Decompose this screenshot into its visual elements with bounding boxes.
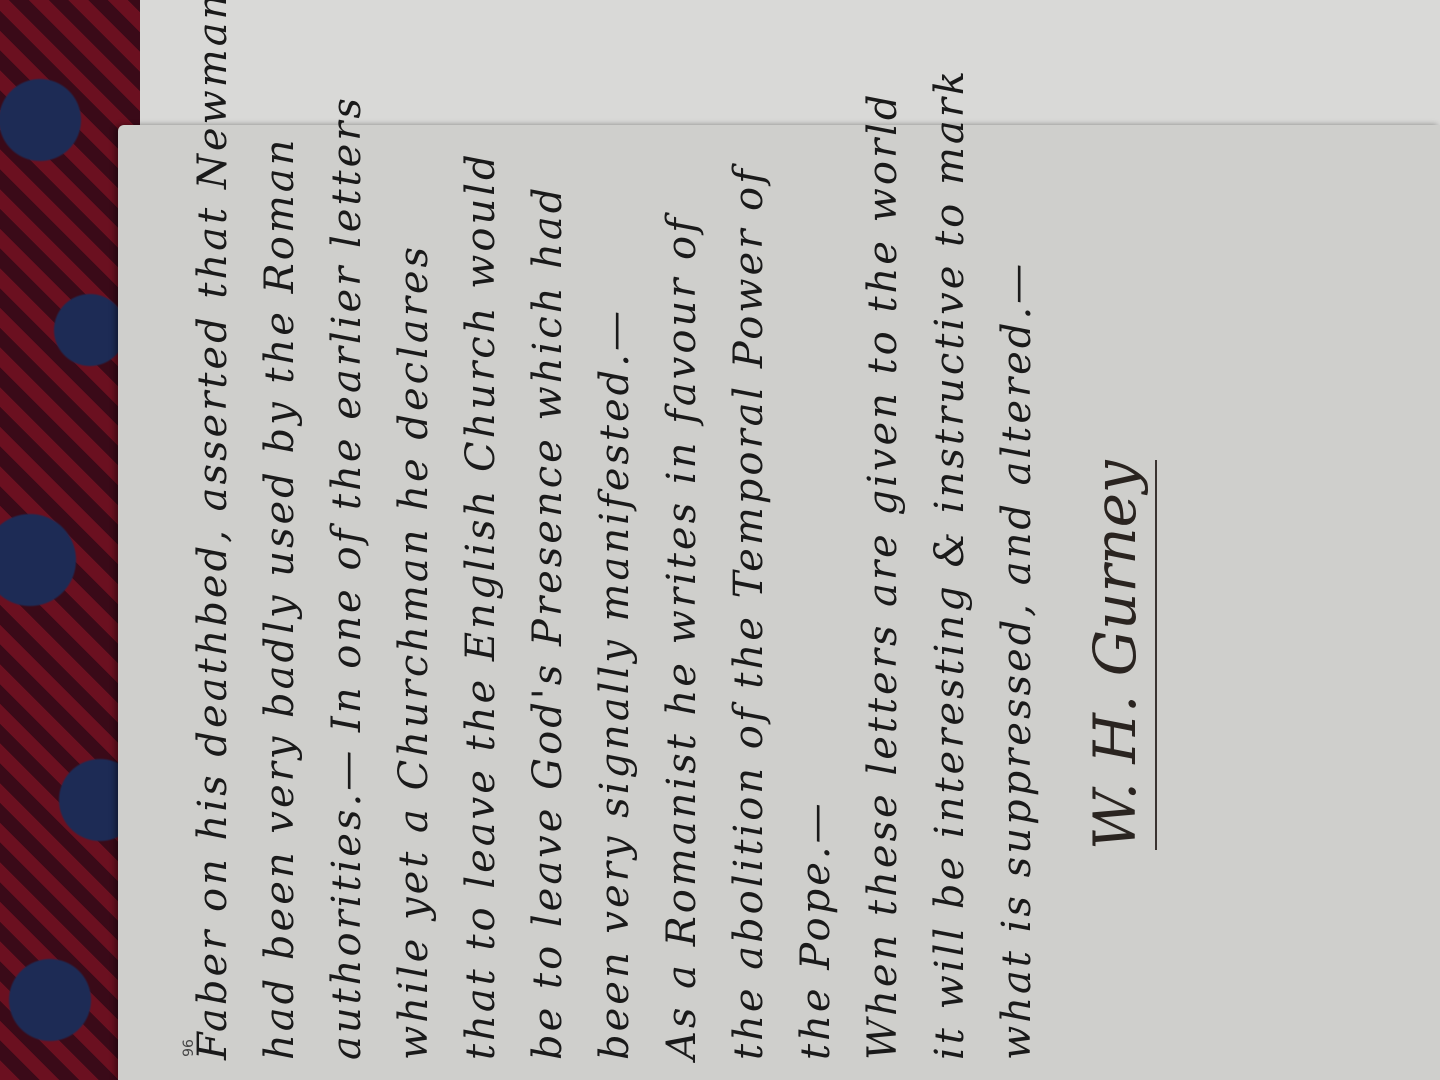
letter-line: been very signally manifested.— xyxy=(592,100,659,1060)
letter-line: had been very badly used by the Roman xyxy=(257,100,324,1060)
letter-line: what is suppressed, and altered.— xyxy=(994,100,1061,1060)
letter-line: Faber on his deathbed, asserted that New… xyxy=(190,100,257,1060)
letter-line: it will be interesting & instructive to … xyxy=(927,100,994,1060)
letter-body: Faber on his deathbed, asserted that New… xyxy=(190,100,1290,1060)
signature: W. H. Gurney xyxy=(1081,460,1157,850)
letter-line: As a Romanist he writes in favour of xyxy=(659,100,726,1060)
letter-line: authorities.— In one of the earlier lett… xyxy=(324,100,391,1060)
letter-line: that to leave the English Church would xyxy=(458,100,525,1060)
letter-line: the abolition of the Temporal Power of xyxy=(726,100,793,1060)
letter-line: When these letters are given to the worl… xyxy=(860,100,927,1060)
letter-line: while yet a Churchman he declares xyxy=(391,100,458,1060)
letter-line: be to leave God's Presence which had xyxy=(525,100,592,1060)
letter-line: the Pope.— xyxy=(793,100,860,1060)
